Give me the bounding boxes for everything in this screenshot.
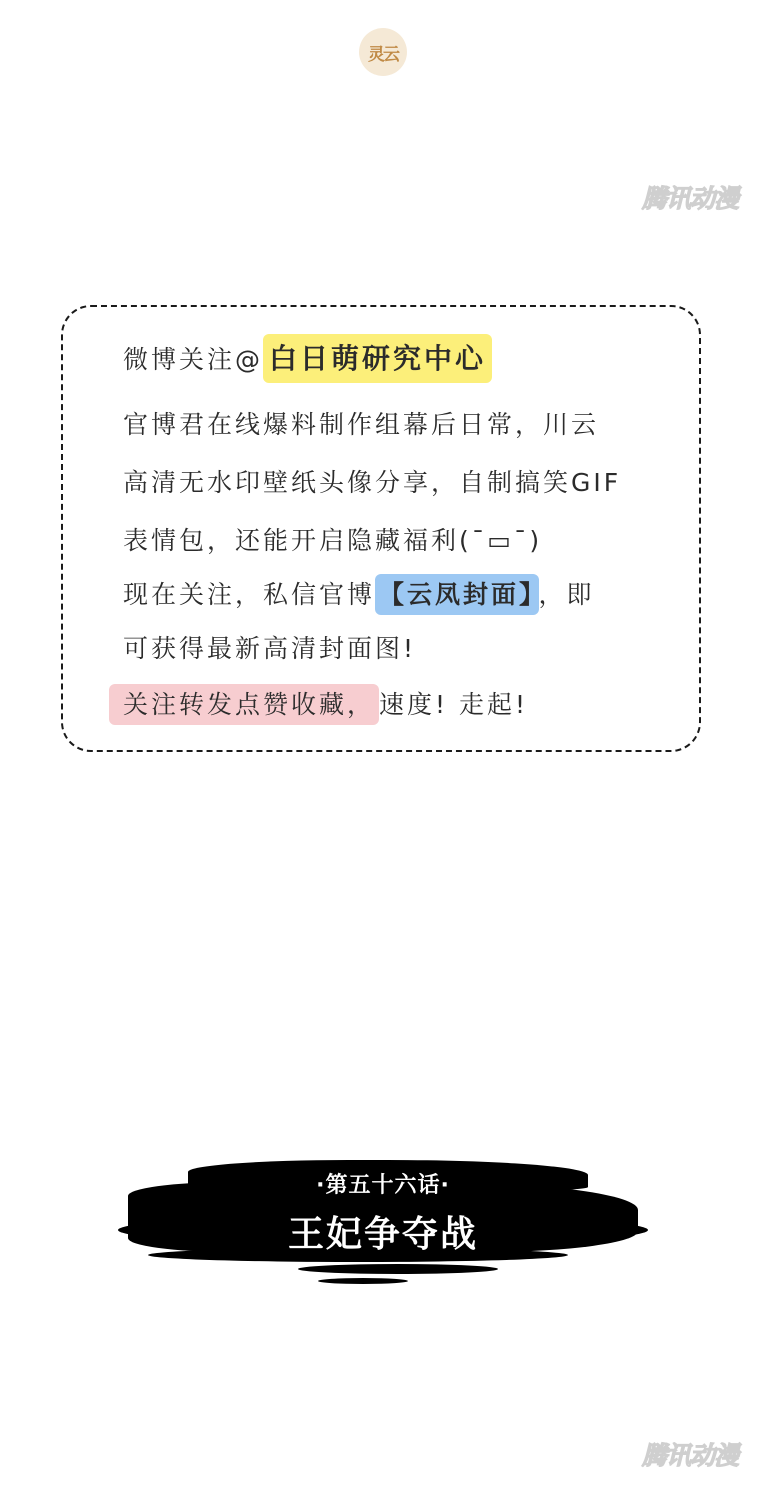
chapter-title-banner: ·第五十六话· 王妃争夺战: [118, 1160, 648, 1290]
notice-line-5: 现在关注，私信官博【云凤封面】，即: [123, 575, 595, 611]
ink-brush-stroke: [318, 1278, 408, 1284]
ink-brush-stroke: [298, 1264, 498, 1274]
weibo-account-highlight: 白日萌研究中心: [263, 334, 492, 383]
notice-line-3: 高清无水印壁纸头像分享，自制搞笑GIF: [123, 463, 621, 499]
notice-line-2: 官博君在线爆料制作组幕后日常，川云: [123, 405, 599, 441]
keyword-highlight: 【云凤封面】: [375, 574, 539, 615]
weibo-follow-prefix: 微博关注@: [123, 345, 263, 374]
notice-line-1: 微博关注@白日萌研究中心: [123, 337, 492, 377]
call-to-action-highlight: 关注转发点赞收藏，: [109, 684, 379, 725]
dm-prefix: 现在关注，私信官博: [123, 580, 375, 609]
watermark-top: 腾讯动漫: [631, 183, 749, 215]
chapter-title: 王妃争夺战: [118, 1206, 648, 1257]
chapter-number: ·第五十六话·: [118, 1168, 648, 1199]
logo-text: 灵云: [368, 40, 398, 65]
dm-suffix: ，即: [539, 580, 595, 609]
notice-line-6: 可获得最新高清封面图!: [123, 629, 416, 665]
call-to-action-suffix: 速度! 走起!: [379, 690, 528, 719]
publisher-logo: 灵云: [359, 28, 407, 76]
notice-line-7: 关注转发点赞收藏，速度! 走起!: [123, 685, 528, 721]
watermark-bottom: 腾讯动漫: [631, 1440, 749, 1472]
notice-line-4: 表情包，还能开启隐藏福利(¯▭¯): [123, 521, 542, 557]
